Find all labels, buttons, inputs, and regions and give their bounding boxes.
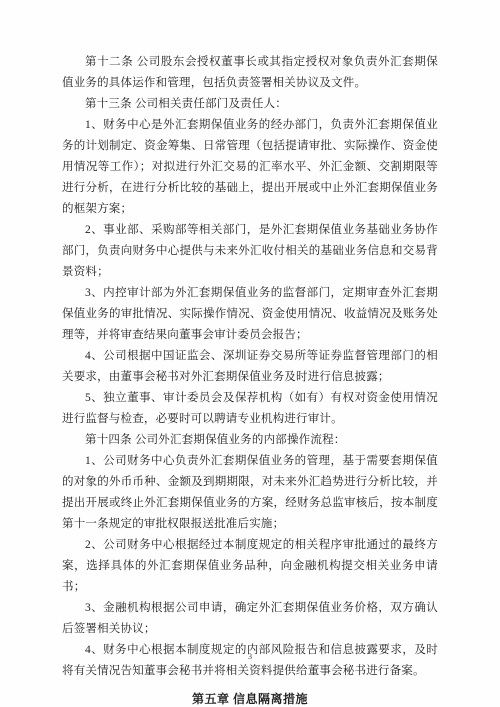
paragraph: 5、独立董事、审计委员会及保荐机构（如有）有权对资金使用情况进行监督与检查，必要… — [62, 388, 438, 430]
document-body: 第十二条 公司股东会授权董事长或其指定授权对象负责外汇套期保值业务的具体运作和管… — [62, 52, 438, 707]
paragraph: 1、公司财务中心负责外汇套期保值业务的管理，基于需要套期保值的对象的外币币种、金… — [62, 451, 438, 535]
paragraph: 4、公司根据中国证监会、深圳证券交易所等证券监督管理部门的相关要求，由董事会秘书… — [62, 346, 438, 388]
paragraph: 2、公司财务中心根据经过本制度规定的相关程序审批通过的最终方案，选择具体的外汇套… — [62, 535, 438, 598]
page-number: 3 — [0, 651, 500, 661]
paragraph: 第十二条 公司股东会授权董事长或其指定授权对象负责外汇套期保值业务的具体运作和管… — [62, 52, 438, 94]
paragraph: 1、财务中心是外汇套期保值业务的经办部门，负责外汇套期保值业务的计划制定、资金筹… — [62, 115, 438, 220]
chapter-heading: 第五章 信息隔离措施 — [62, 689, 438, 707]
paragraph-container: 第十二条 公司股东会授权董事长或其指定授权对象负责外汇套期保值业务的具体运作和管… — [62, 52, 438, 682]
paragraph: 3、金融机构根据公司申请，确定外汇套期保值业务价格，双方确认后签署相关协议； — [62, 598, 438, 640]
paragraph: 3、内控审计部为外汇套期保值业务的监督部门，定期审查外汇套期保值业务的审批情况、… — [62, 283, 438, 346]
paragraph: 第十四条 公司外汇套期保值业务的内部操作流程： — [62, 430, 438, 451]
paragraph: 第十三条 公司相关责任部门及责任人： — [62, 94, 438, 115]
document-page: 第十二条 公司股东会授权董事长或其指定授权对象负责外汇套期保值业务的具体运作和管… — [0, 0, 500, 707]
paragraph: 2、事业部、采购部等相关部门，是外汇套期保值业务基础业务协作部门，负责向财务中心… — [62, 220, 438, 283]
paragraph: 4、财务中心根据本制度规定的内部风险报告和信息披露要求，及时将有关情况告知董事会… — [62, 640, 438, 682]
